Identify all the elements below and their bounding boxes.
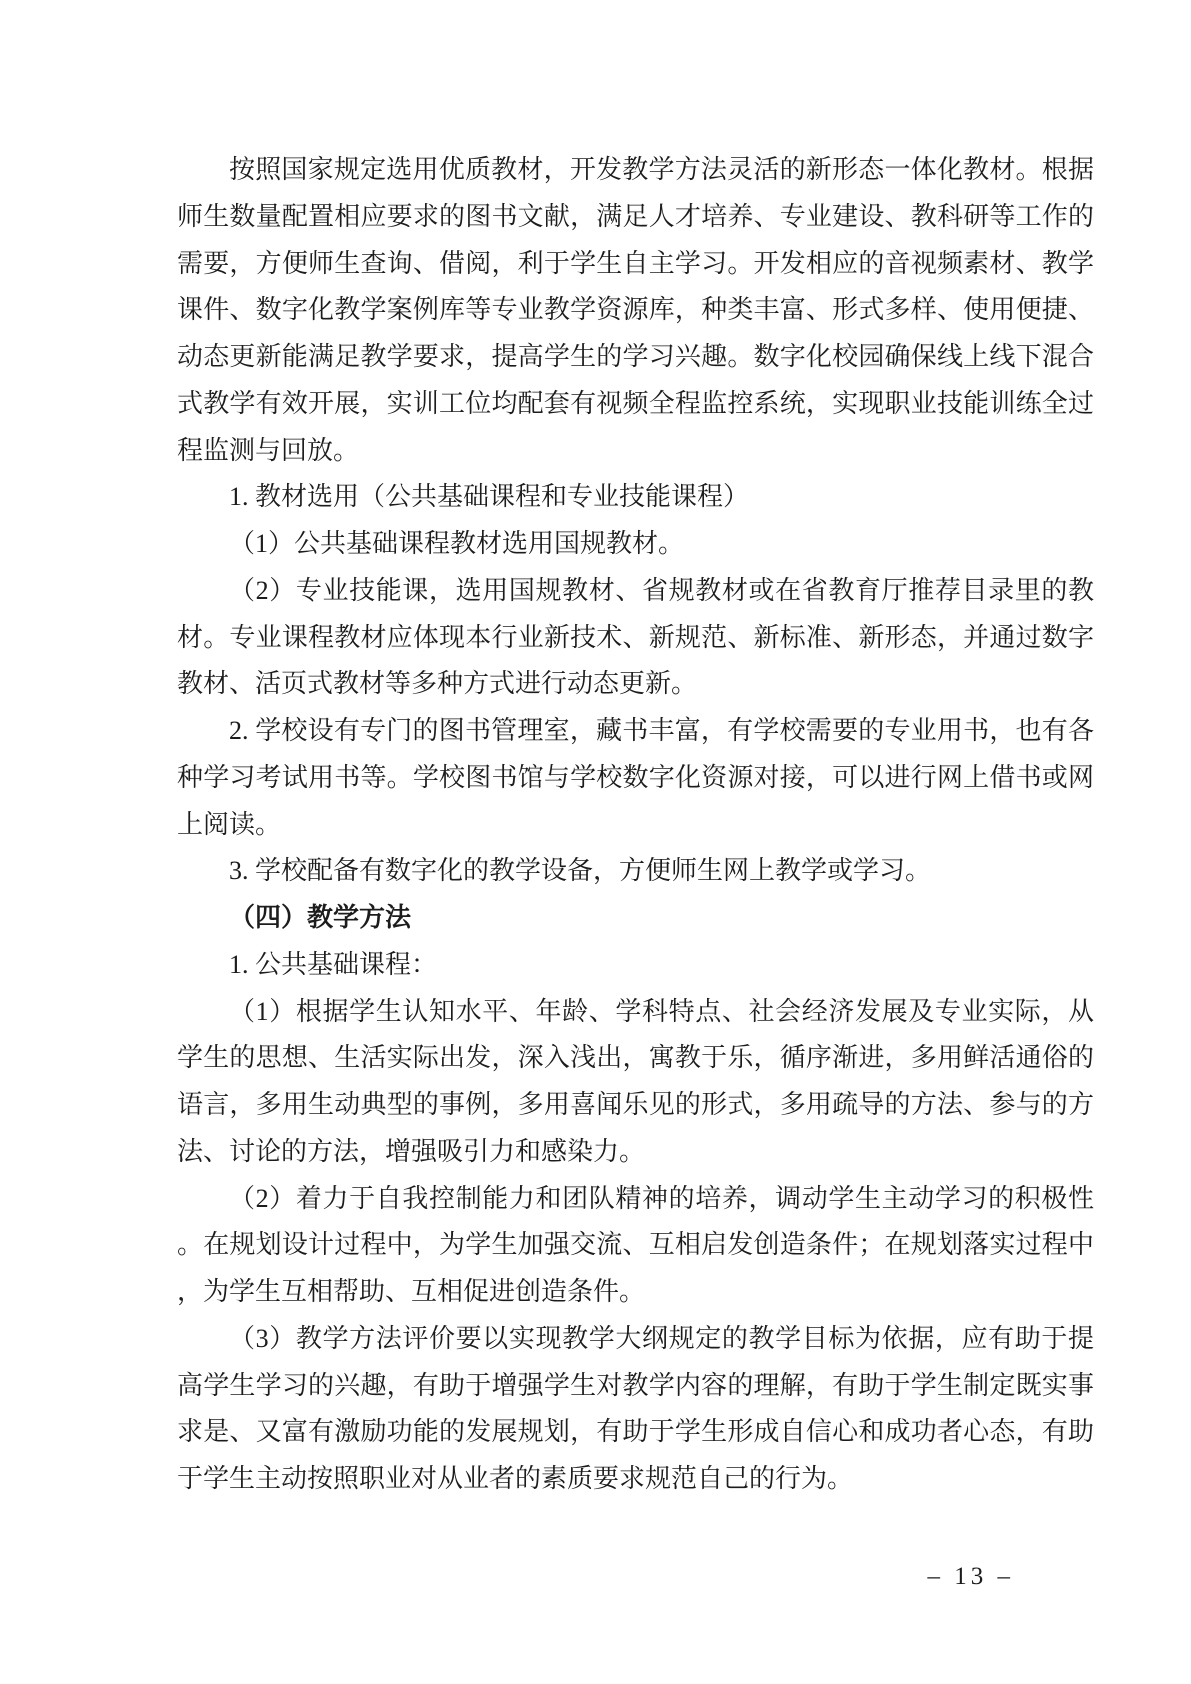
paragraph-subitem-1-student-based-methods: （1）根据学生认知水平、年龄、学科特点、社会经济发展及专业实际，从学生的思想、生… [177, 989, 1094, 1176]
paragraph-item-1-textbook-selection: 1. 教材选用（公共基础课程和专业技能课程） [177, 474, 1094, 521]
page-number: – 13 – [928, 1561, 1015, 1593]
text-block: 按照国家规定选用优质教材，开发教学方法灵活的新形态一体化教材。根据师生数量配置相… [177, 147, 1094, 1503]
paragraph-item-2-library: 2. 学校设有专门的图书管理室，藏书丰富，有学校需要的专业用书，也有各种学习考试… [177, 708, 1094, 848]
paragraph-subitem-2-self-control-teamwork: （2）着力于自我控制能力和团队精神的培养，调动学生主动学习的积极性。在规划设计过… [177, 1176, 1094, 1316]
paragraph-subitem-2-professional-skill-textbooks: （2）专业技能课，选用国规教材、省规教材或在省教育厅推荐目录里的教材。专业课程教… [177, 568, 1094, 708]
paragraph-subitem-1-public-basic-textbooks: （1）公共基础课程教材选用国规教材。 [177, 521, 1094, 568]
document-page: 按照国家规定选用优质教材，开发教学方法灵活的新形态一体化教材。根据师生数量配置相… [0, 0, 1191, 1684]
paragraph-textbook-overview: 按照国家规定选用优质教材，开发教学方法灵活的新形态一体化教材。根据师生数量配置相… [177, 147, 1094, 474]
paragraph-item-3-digital-equipment: 3. 学校配备有数字化的教学设备，方便师生网上教学或学习。 [177, 848, 1094, 895]
paragraph-subitem-3-method-evaluation: （3）教学方法评价要以实现教学大纲规定的教学目标为依据，应有助于提高学生学习的兴… [177, 1316, 1094, 1503]
paragraph-item-1-public-basic-courses: 1. 公共基础课程： [177, 942, 1094, 989]
section-heading-teaching-methods: （四）教学方法 [177, 895, 1094, 942]
